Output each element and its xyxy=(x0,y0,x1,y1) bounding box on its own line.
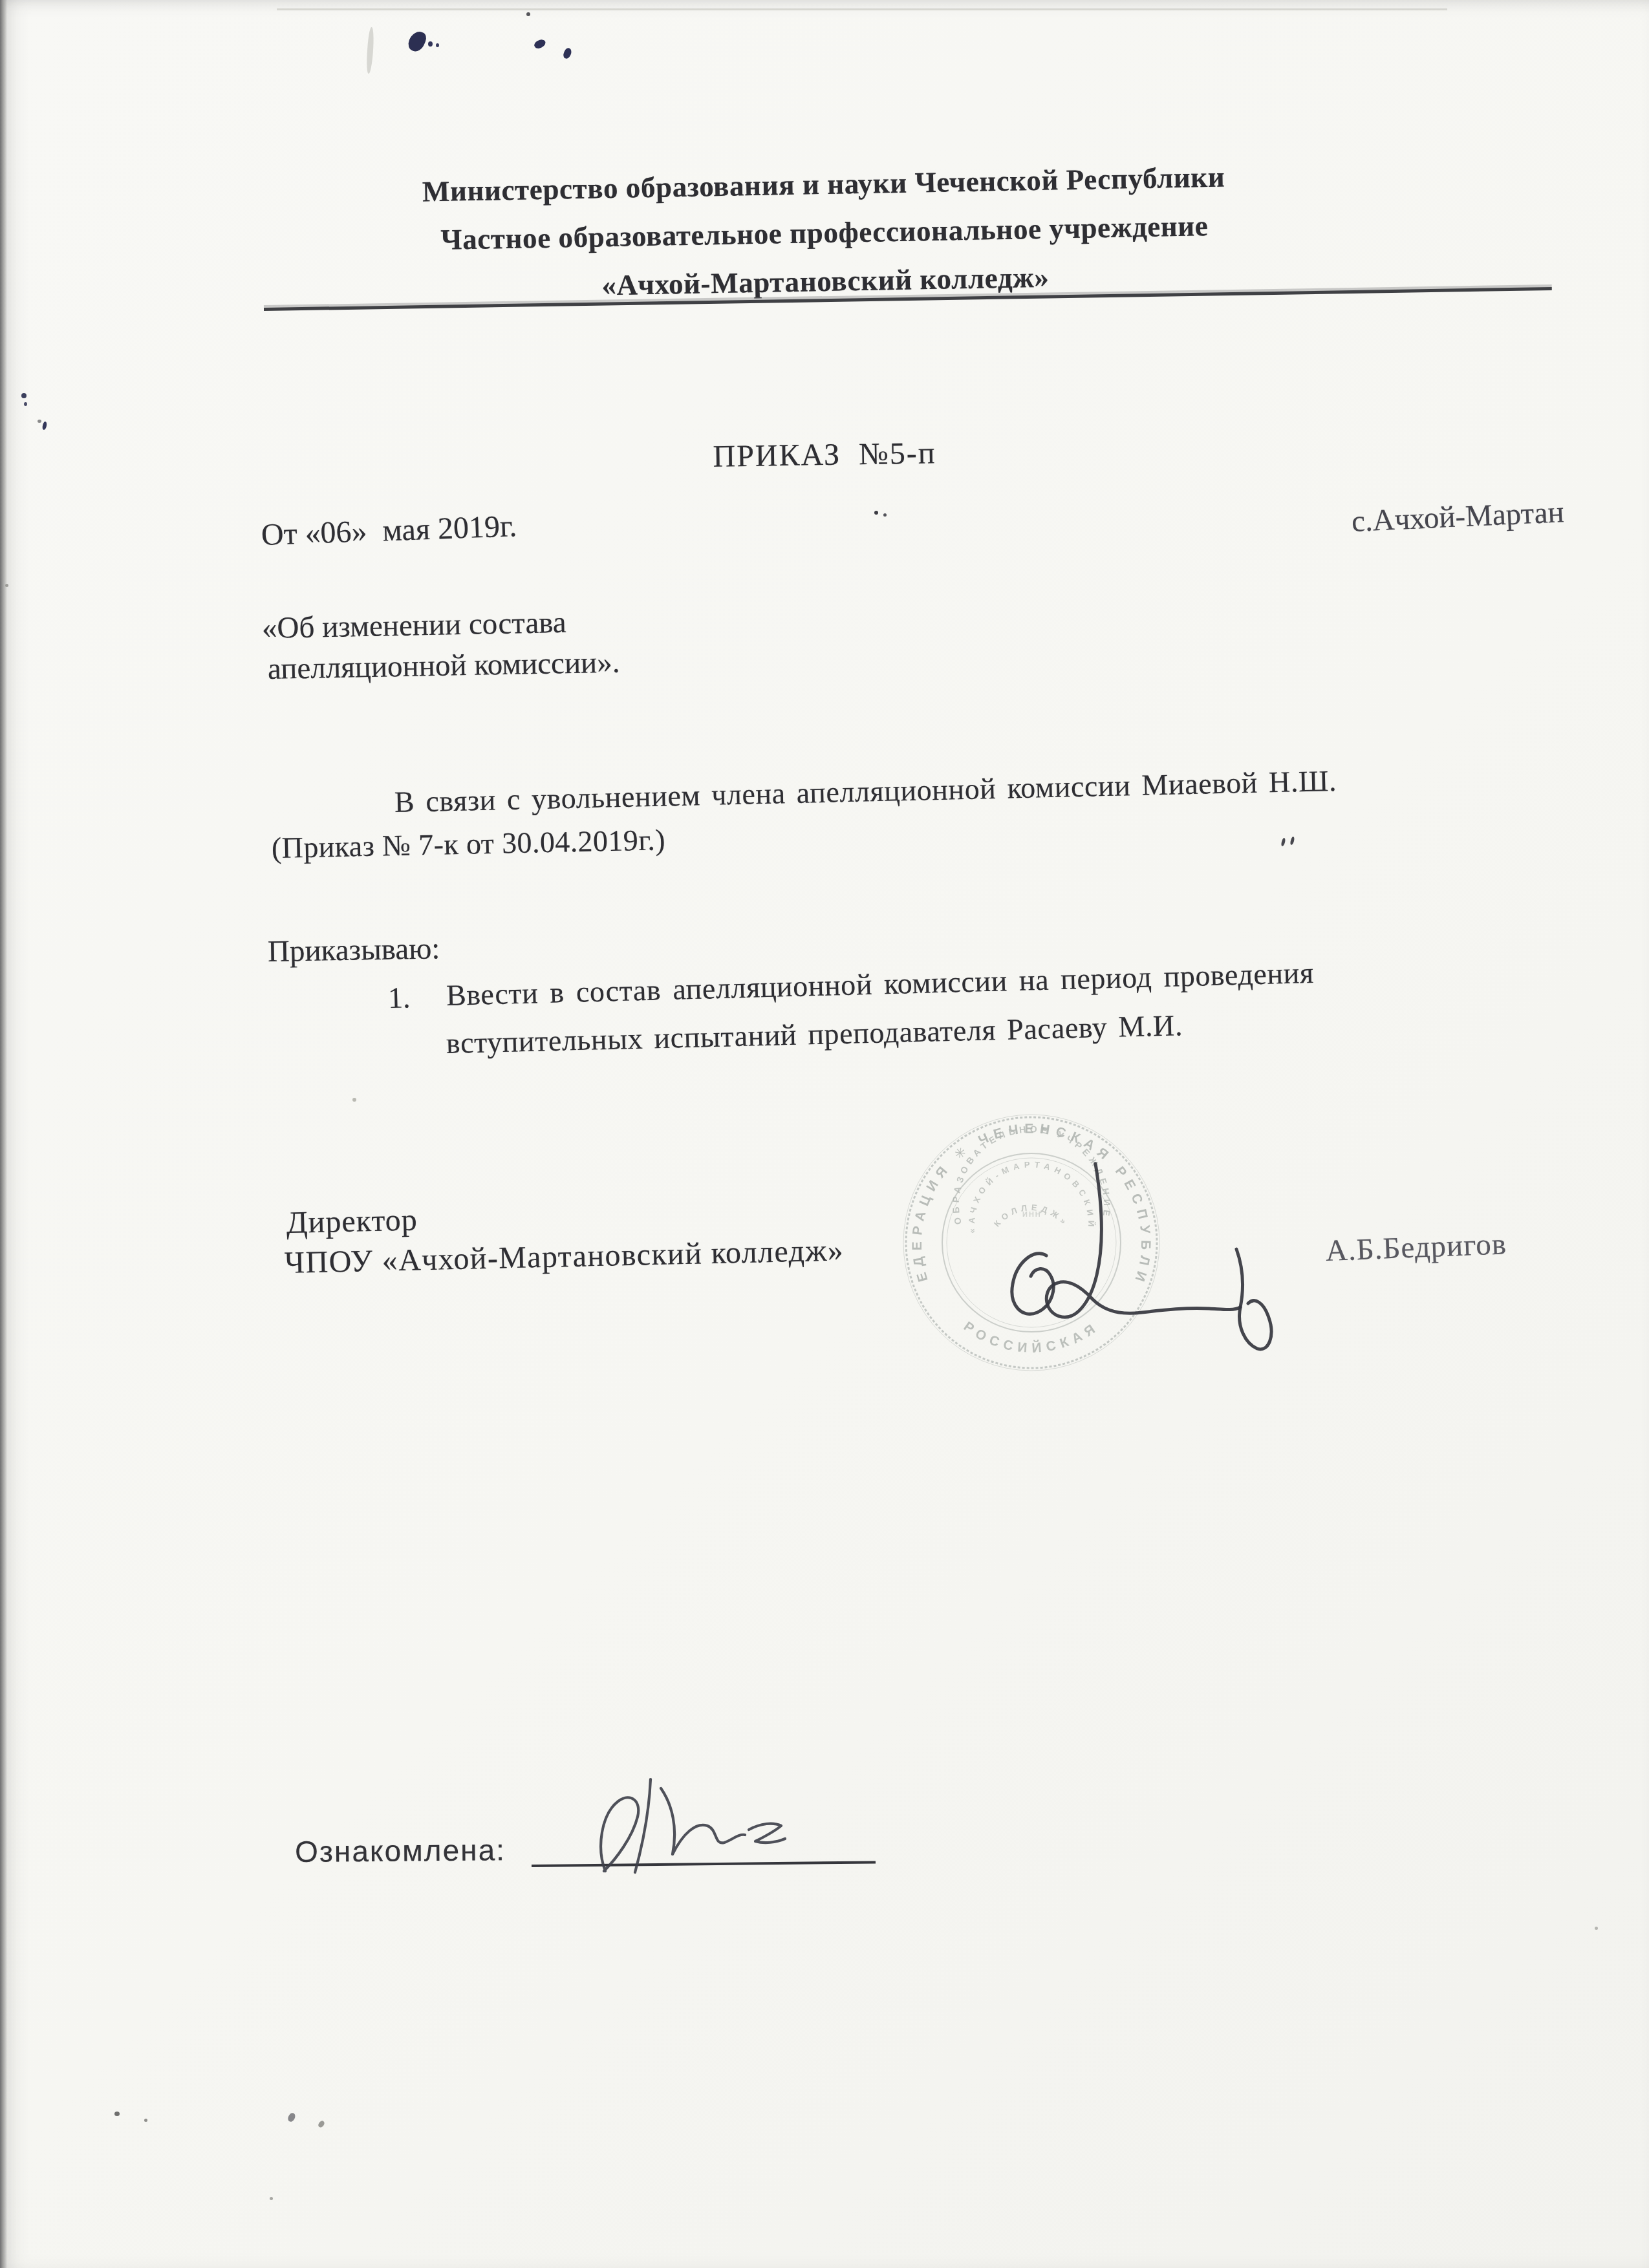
signatory-title-line-1: Директор xyxy=(286,1202,418,1241)
scan-artifact xyxy=(1595,1927,1598,1930)
acknowledgement-signature xyxy=(582,1765,802,1881)
scan-artifact xyxy=(5,584,8,587)
scan-artifact xyxy=(38,420,41,423)
scan-artifact xyxy=(406,29,428,54)
scan-artifact xyxy=(526,12,530,16)
scan-artifact xyxy=(352,1098,356,1102)
preamble-line-1: В связи с увольнением члена апелляционно… xyxy=(394,764,1337,820)
item-1-number: 1. xyxy=(387,981,411,1016)
scanned-page: Министерство образования и науки Чеченск… xyxy=(0,0,1649,2268)
place-line: с.Ачхой-Мартан xyxy=(1351,495,1565,539)
scan-artifact xyxy=(144,2119,147,2122)
item-1-line-1: Ввести в состав апелляционной комиссии н… xyxy=(446,956,1314,1013)
preamble-line-2: (Приказ № 7-к от 30.04.2019г.) xyxy=(271,823,665,866)
decree-word: Приказываю: xyxy=(268,931,440,969)
scan-artifact xyxy=(286,2112,297,2123)
scan-artifact xyxy=(317,2120,325,2129)
signatory-title-line-2: ЧПОУ «Ачхой-Мартановский колледж» xyxy=(284,1232,844,1281)
item-1-line-2: вступительных испытаний преподавателя Ра… xyxy=(446,1009,1183,1061)
subject-line-1: «Об изменении состава xyxy=(261,605,566,646)
acknowledgement-label: Ознакомлена: xyxy=(295,1833,506,1869)
scan-artifact xyxy=(114,2112,120,2116)
scan-artifact xyxy=(277,8,1447,10)
order-title: ПРИКАЗ №5-п xyxy=(0,424,1649,486)
letterhead: Министерство образования и науки Чеченск… xyxy=(0,145,1649,321)
scan-edge-shadow xyxy=(0,0,7,2268)
scan-artifact xyxy=(24,402,27,406)
subject-line-2: апелляционной комиссии». xyxy=(267,645,620,687)
director-signature xyxy=(970,1138,1306,1371)
signatory-name: А.Б.Бедригов xyxy=(1325,1226,1507,1268)
scan-artifact xyxy=(1289,837,1295,846)
scan-artifact xyxy=(1280,838,1286,847)
scan-artifact xyxy=(562,47,573,59)
scan-artifact xyxy=(42,421,48,430)
scan-artifact xyxy=(874,511,878,515)
scan-artifact xyxy=(883,513,887,517)
date-line: От «06» мая 2019г. xyxy=(261,508,517,553)
scan-artifact xyxy=(365,27,374,74)
scan-artifact xyxy=(436,43,439,47)
scan-artifact xyxy=(428,41,433,47)
scan-artifact xyxy=(270,2197,273,2200)
scan-artifact xyxy=(533,37,547,50)
scan-artifact xyxy=(21,393,27,398)
